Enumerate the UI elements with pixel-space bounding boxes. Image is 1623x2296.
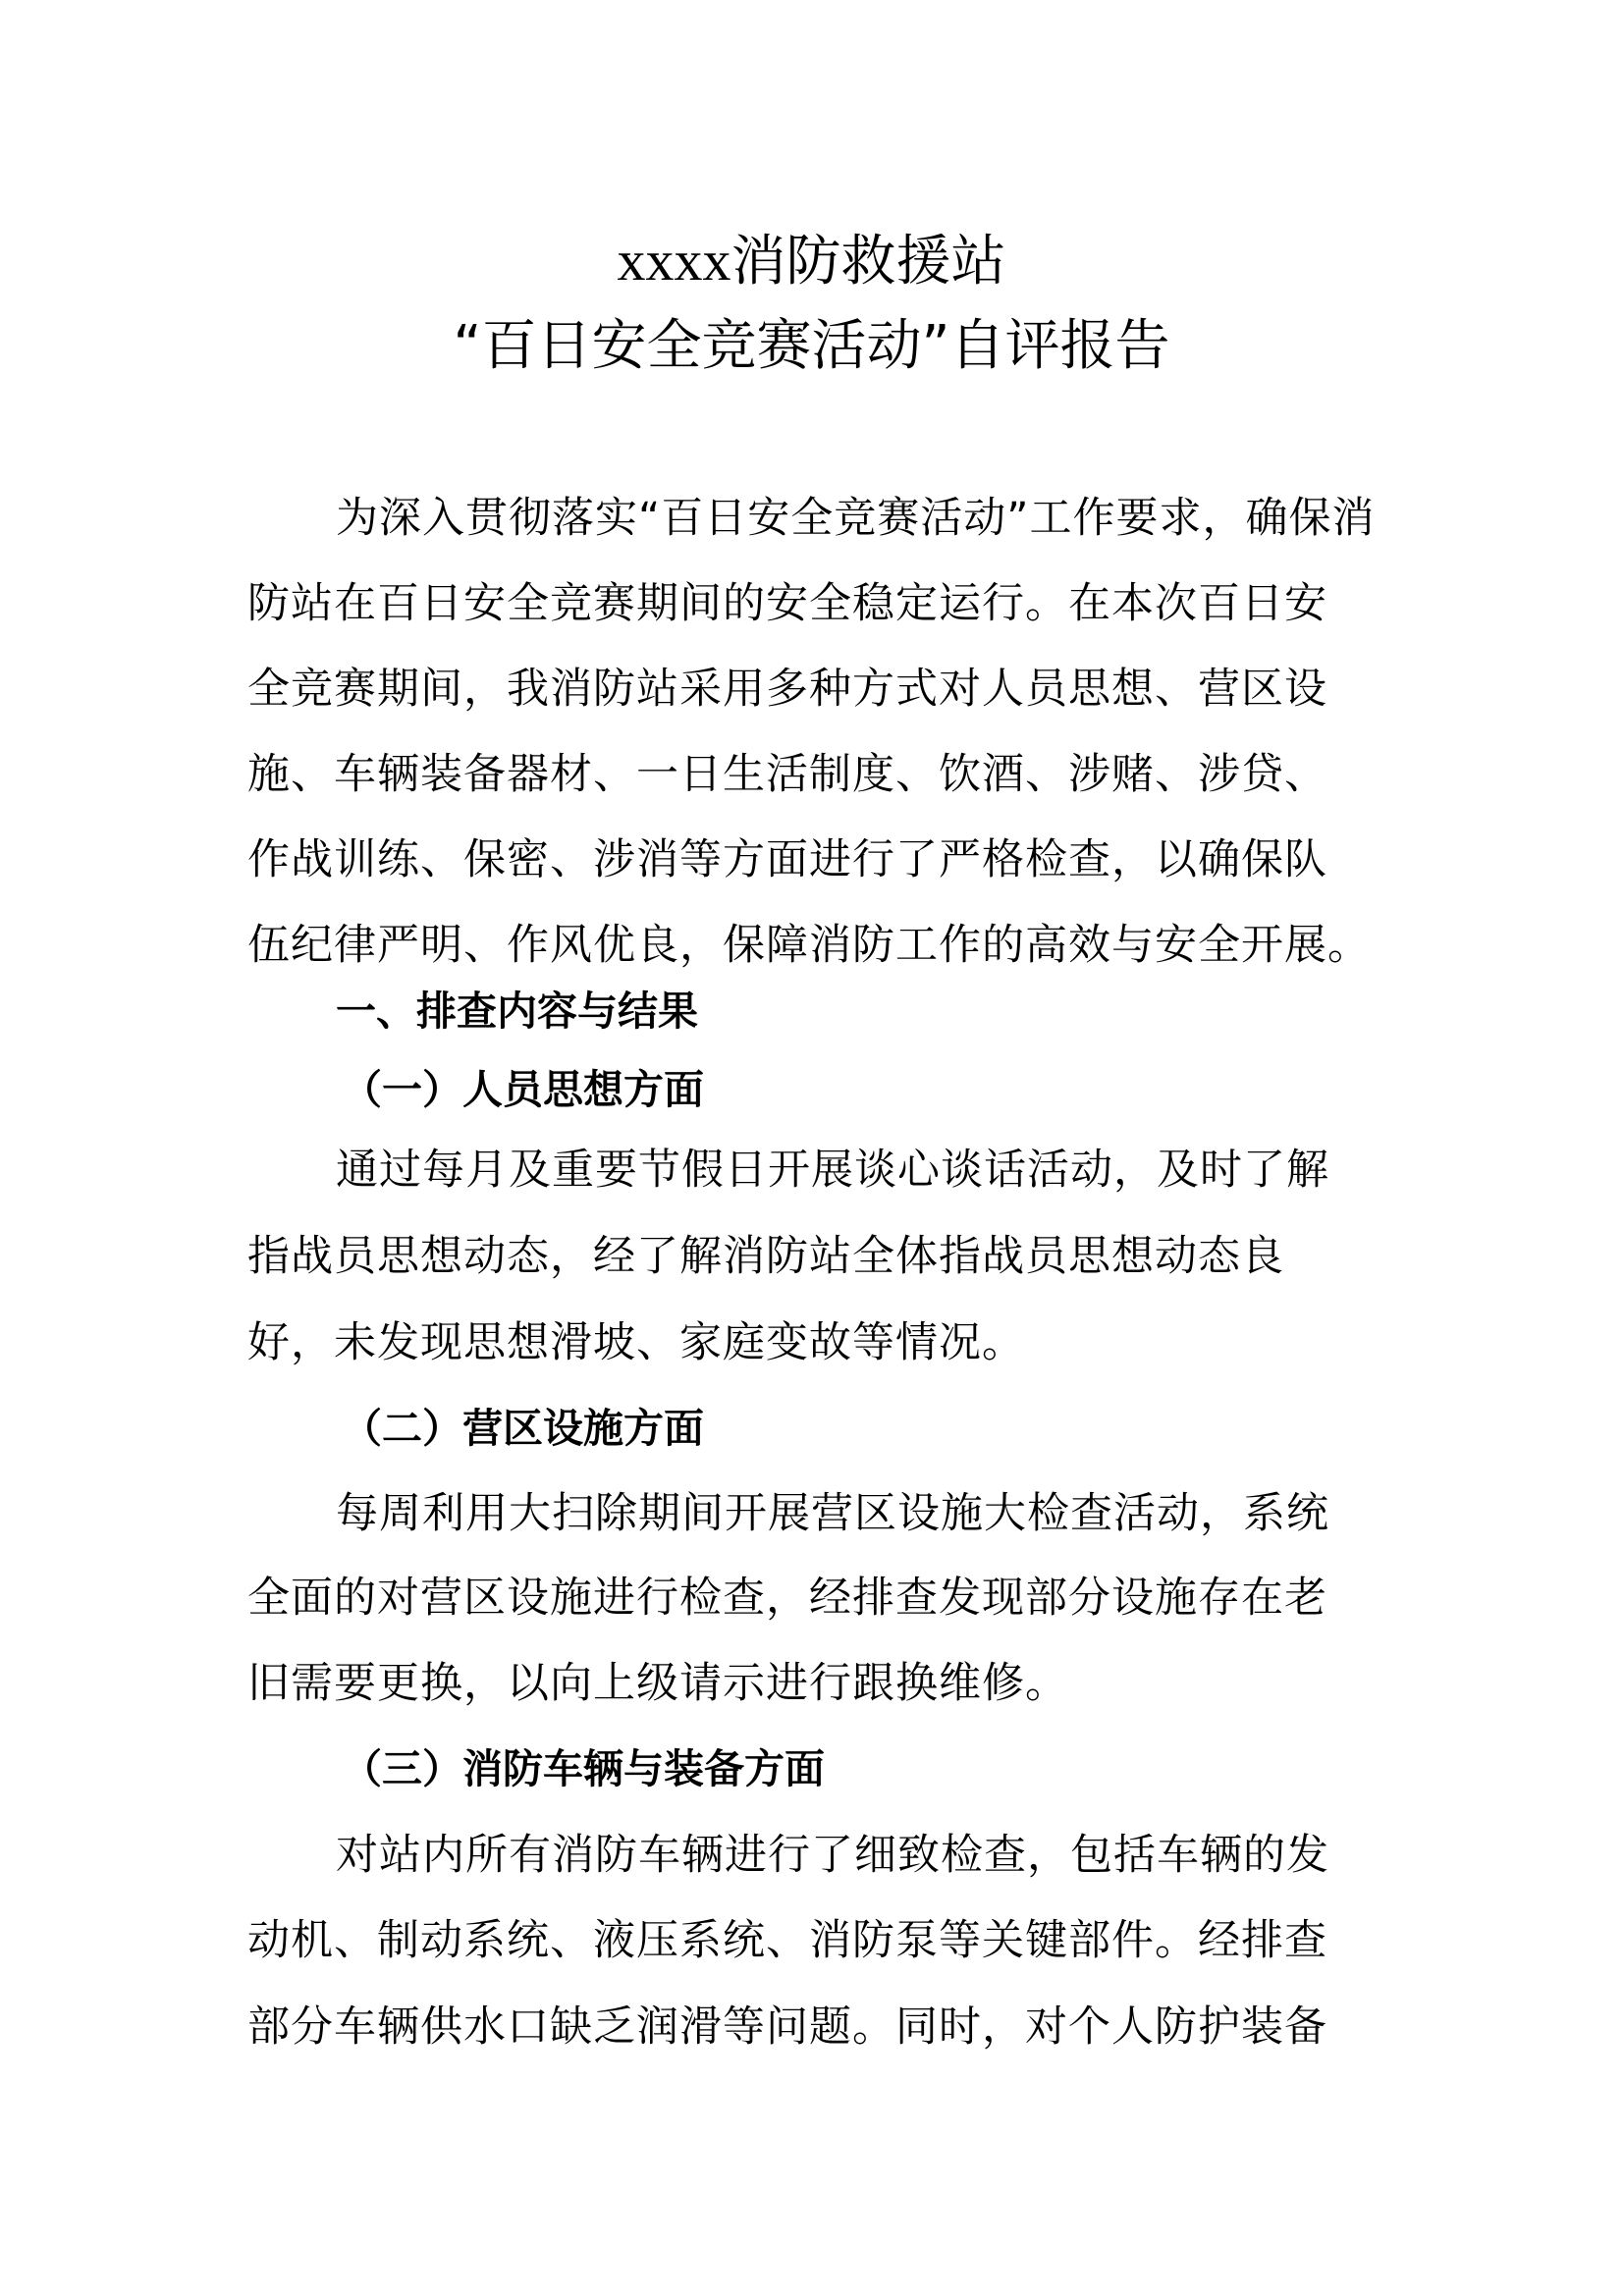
- intro-line-6: 伍纪律严明、作风优良，保障消防工作的高效与安全开展。: [247, 916, 1371, 975]
- intro-line-1: 为深入贯彻落实“百日安全竞赛活动”工作要求，确保消: [336, 489, 1376, 548]
- facilities-line-1: 每周利用大扫除期间开展营区设施大检查活动，系统: [336, 1484, 1329, 1543]
- subsection-heading-personnel: （一）人员思想方面: [342, 1060, 704, 1119]
- document-title-line-2: “百日安全竞赛活动”自评报告: [0, 312, 1623, 381]
- intro-line-2: 防站在百日安全竞赛期间的安全稳定运行。在本次百日安: [247, 574, 1327, 633]
- vehicles-line-1: 对站内所有消防车辆进行了细致检查，包括车辆的发: [336, 1826, 1329, 1885]
- intro-line-3: 全竞赛期间，我消防站采用多种方式对人员思想、营区设: [247, 660, 1327, 719]
- facilities-line-3: 旧需要更换，以向上级请示进行跟换维修。: [247, 1654, 1068, 1713]
- subsection-heading-vehicles: （三）消防车辆与装备方面: [342, 1739, 825, 1798]
- section-heading-1: 一、排查内容与结果: [336, 982, 698, 1041]
- personnel-line-2: 指战员思想动态，经了解消防站全体指战员思想动态良: [247, 1227, 1284, 1286]
- vehicles-line-3: 部分车辆供水口缺乏润滑等问题。同时，对个人防护装备: [247, 1998, 1327, 2056]
- subsection-heading-facilities: （二）营区设施方面: [342, 1399, 704, 1458]
- personnel-line-3: 好，未发现思想滑坡、家庭变故等情况。: [247, 1313, 1025, 1372]
- vehicles-line-2: 动机、制动系统、液压系统、消防泵等关键部件。经排查: [247, 1911, 1327, 1970]
- intro-line-5: 作战训练、保密、涉消等方面进行了严格检查，以确保队: [247, 830, 1327, 889]
- title-station-name: 消防救援站: [731, 230, 1006, 294]
- intro-line-4: 施、车辆装备器材、一日生活制度、饮酒、涉赌、涉贷、: [247, 745, 1327, 804]
- personnel-line-1: 通过每月及重要节假日开展谈心谈话活动，及时了解: [336, 1141, 1329, 1200]
- facilities-line-2: 全面的对营区设施进行检查，经排查发现部分设施存在老: [247, 1569, 1327, 1628]
- document-page: xxxx消防救援站 “百日安全竞赛活动”自评报告 为深入贯彻落实“百日安全竞赛活…: [0, 0, 1623, 2296]
- document-title-line-1: xxxx消防救援站: [0, 227, 1623, 295]
- title-station-code: xxxx: [618, 229, 731, 293]
